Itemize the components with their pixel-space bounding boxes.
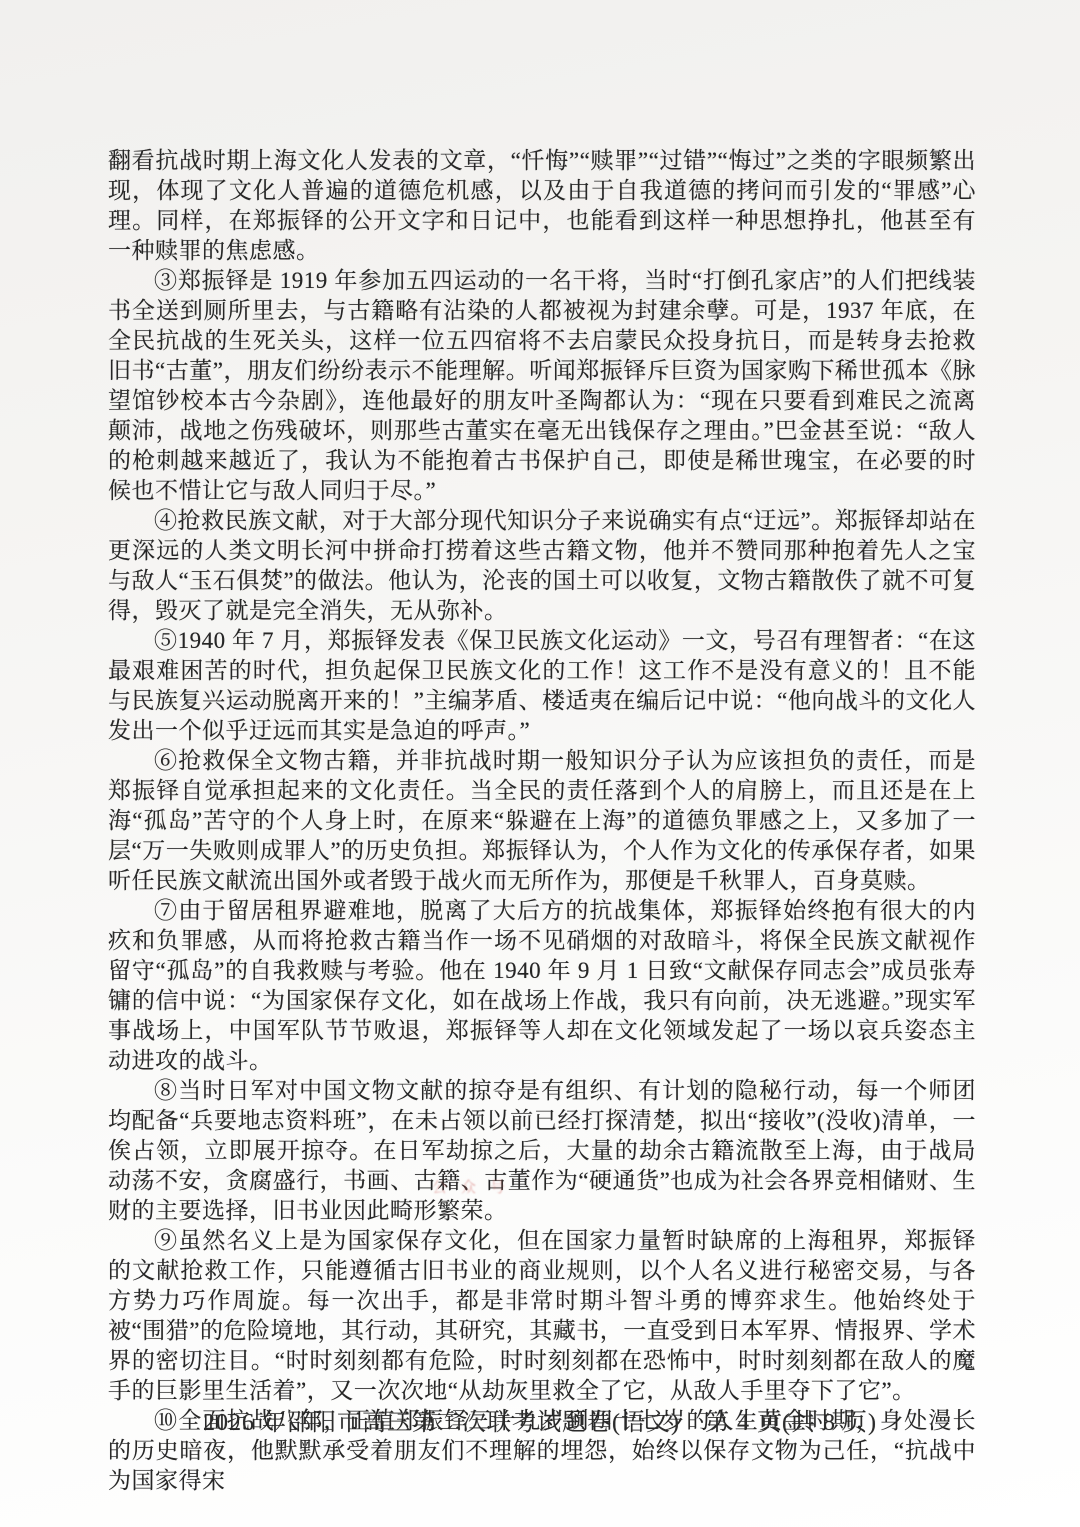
exam-paper-page: 翻看抗战时期上海文化人发表的文章，“忏悔”“赎罪”“过错”“悔过”之类的字眼频繁… xyxy=(0,0,1080,1527)
paragraph-2: ③郑振铎是 1919 年参加五四运动的一名干将，当时“打倒孔家店”的人们把线装书… xyxy=(108,266,976,506)
paragraph-3: ④抢救民族文献，对于大部分现代知识分子来说确实有点“迂远”。郑振铎却站在更深远的… xyxy=(108,506,976,626)
paragraph-4: ⑤1940 年 7 月，郑振铎发表《保卫民族文化运动》一文，号召有理智者：“在这… xyxy=(108,626,976,746)
paragraph-6: ⑦由于留居租界避难地，脱离了大后方的抗战集体，郑振铎始终抱有很大的内疚和负罪感，… xyxy=(108,896,976,1076)
page-footer: 2026 年邵阳市高三第二次联考试题卷(语文) 第 4 页(共 8 页) xyxy=(0,1402,1080,1437)
article-body: 翻看抗战时期上海文化人发表的文章，“忏悔”“赎罪”“过错”“悔过”之类的字眼频繁… xyxy=(108,146,976,1496)
paragraph-5: ⑥抢救保全文物古籍，并非抗战时期一般知识分子认为应该担负的责任，而是郑振铎自觉承… xyxy=(108,746,976,896)
paragraph-1: 翻看抗战时期上海文化人发表的文章，“忏悔”“赎罪”“过错”“悔过”之类的字眼频繁… xyxy=(108,146,976,266)
paragraph-8: ⑨虽然名义上是为国家保存文化，但在国家力量暂时缺席的上海租界，郑振铎的文献抢救工… xyxy=(108,1226,976,1406)
paragraph-7: ⑧当时日军对中国文物文献的掠夺是有组织、有计划的隐秘行动，每一个师团均配备“兵要… xyxy=(108,1076,976,1226)
